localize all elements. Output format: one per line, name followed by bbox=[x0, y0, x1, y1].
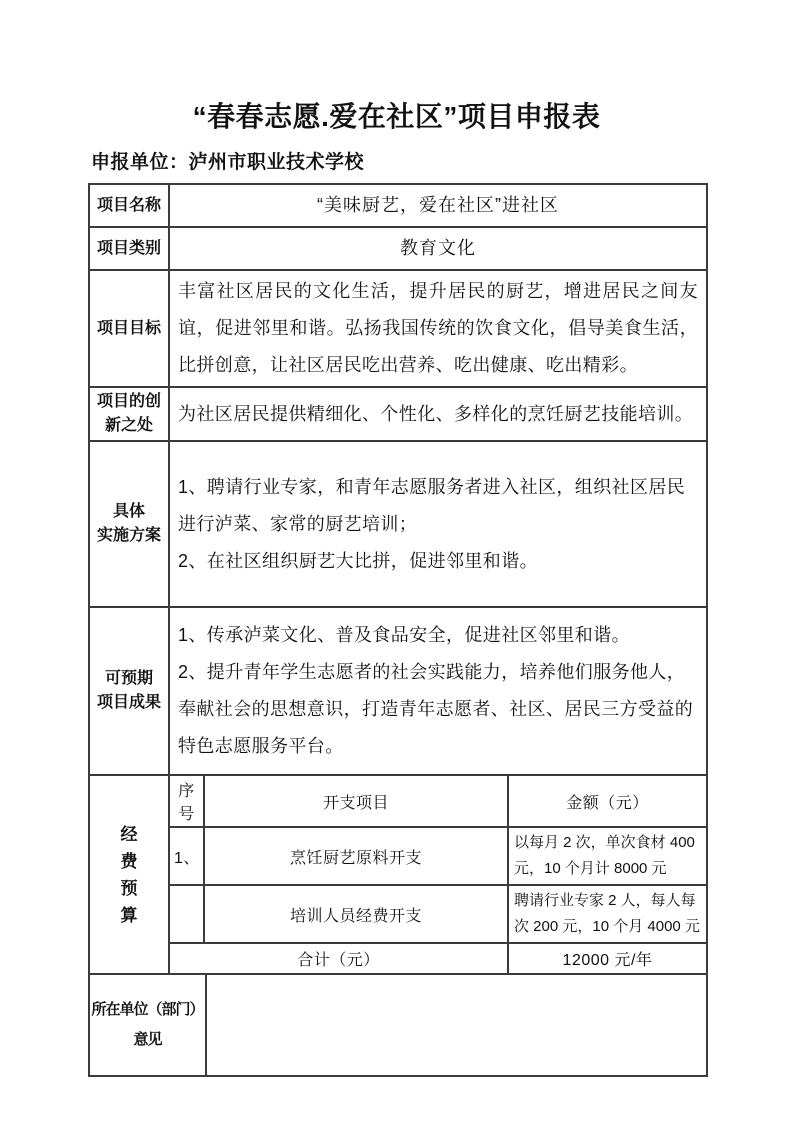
budget-total-value: 12000 元/年 bbox=[508, 943, 707, 974]
page-title: “春春志愿.爱在社区”项目申报表 bbox=[0, 95, 793, 135]
table-row: 项目类别 教育文化 bbox=[89, 227, 707, 270]
budget-total-label: 合计（元） bbox=[169, 943, 508, 974]
budget-header-item: 开支项目 bbox=[204, 775, 508, 827]
budget-item-no bbox=[169, 885, 204, 943]
application-form: 项目名称 “美味厨艺，爱在社区”进社区 项目类别 教育文化 项目目标 丰富社区居… bbox=[88, 183, 708, 1077]
row-value-innovation: 为社区居民提供精细化、个性化、多样化的烹饪厨艺技能培训。 bbox=[169, 387, 707, 441]
budget-row: 培训人员经费开支 聘请行业专家 2 人，每人每次 200 元，10 个月 400… bbox=[89, 885, 707, 943]
row-label-implementation-plan: 具体 实施方案 bbox=[89, 441, 169, 607]
row-label-project-goal: 项目目标 bbox=[89, 270, 169, 387]
applicant-unit-line: 申报单位：泸州市职业技术学校 bbox=[91, 147, 364, 174]
row-label-expected-results: 可预期 项目成果 bbox=[89, 607, 169, 775]
table-row: 可预期 项目成果 1、传承泸菜文化、普及食品安全，促进社区邻里和谐。 2、提升青… bbox=[89, 607, 707, 775]
budget-row: 1、 烹饪厨艺原料开支 以每月 2 次，单次食材 400 元，10 个月计 80… bbox=[89, 827, 707, 885]
row-label-project-category: 项目类别 bbox=[89, 227, 169, 270]
budget-item-name: 培训人员经费开支 bbox=[204, 885, 508, 943]
main-info-table: 项目名称 “美味厨艺，爱在社区”进社区 项目类别 教育文化 项目目标 丰富社区居… bbox=[88, 183, 708, 776]
budget-total-row: 合计（元） 12000 元/年 bbox=[89, 943, 707, 974]
table-row: 具体 实施方案 1、聘请行业专家，和青年志愿服务者进入社区，组织社区居民进行泸菜… bbox=[89, 441, 707, 607]
document-page: “春春志愿.爱在社区”项目申报表 申报单位：泸州市职业技术学校 项目名称 “美味… bbox=[0, 0, 793, 1122]
table-row: 项目的创 新之处 为社区居民提供精细化、个性化、多样化的烹饪厨艺技能培训。 bbox=[89, 387, 707, 441]
row-label-budget: 经 费 预 算 bbox=[89, 775, 169, 974]
budget-item-amount: 聘请行业专家 2 人，每人每次 200 元，10 个月 4000 元 bbox=[508, 885, 707, 943]
table-row: 项目目标 丰富社区居民的文化生活，提升居民的厨艺，增进居民之间友谊，促进邻里和谐… bbox=[89, 270, 707, 387]
budget-item-no: 1、 bbox=[169, 827, 204, 885]
row-value-project-goal: 丰富社区居民的文化生活，提升居民的厨艺，增进居民之间友谊，促进邻里和谐。弘扬我国… bbox=[169, 270, 707, 387]
row-value-unit-opinion bbox=[206, 974, 707, 1076]
row-value-implementation-plan: 1、聘请行业专家，和青年志愿服务者进入社区，组织社区居民进行泸菜、家常的厨艺培训… bbox=[169, 441, 707, 607]
budget-header-row: 经 费 预 算 序号 开支项目 金额（元） bbox=[89, 775, 707, 827]
budget-header-no: 序号 bbox=[169, 775, 204, 827]
budget-header-amount: 金额（元） bbox=[508, 775, 707, 827]
budget-table: 经 费 预 算 序号 开支项目 金额（元） 1、 烹饪厨艺原料开支 以每月 2 … bbox=[88, 774, 708, 975]
row-value-expected-results: 1、传承泸菜文化、普及食品安全，促进社区邻里和谐。 2、提升青年学生志愿者的社会… bbox=[169, 607, 707, 775]
row-label-unit-opinion: 所在单位（部门） 意见 bbox=[89, 974, 206, 1076]
opinion-table: 所在单位（部门） 意见 bbox=[88, 973, 708, 1077]
budget-item-name: 烹饪厨艺原料开支 bbox=[204, 827, 508, 885]
table-row: 所在单位（部门） 意见 bbox=[89, 974, 707, 1076]
row-value-project-name: “美味厨艺，爱在社区”进社区 bbox=[169, 184, 707, 227]
table-row: 项目名称 “美味厨艺，爱在社区”进社区 bbox=[89, 184, 707, 227]
row-label-innovation: 项目的创 新之处 bbox=[89, 387, 169, 441]
budget-item-amount: 以每月 2 次，单次食材 400 元，10 个月计 8000 元 bbox=[508, 827, 707, 885]
row-value-project-category: 教育文化 bbox=[169, 227, 707, 270]
row-label-project-name: 项目名称 bbox=[89, 184, 169, 227]
